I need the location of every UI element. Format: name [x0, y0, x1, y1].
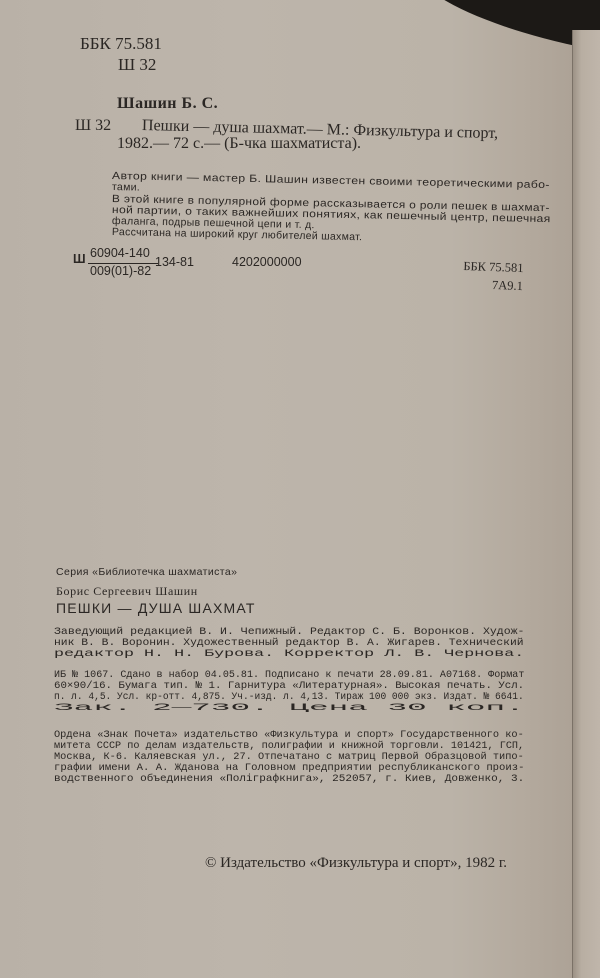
series-name: Серия «Библиотечка шахматиста» — [56, 566, 237, 578]
print-detail-line: Зак. 2—730. Цена 30 коп. — [54, 703, 525, 714]
catalog-code: Ш 32 — [75, 117, 111, 135]
bbk-right-line2: 7А9.1 — [462, 275, 523, 295]
annotation-line: Автор книги — мастер Б. Шашин известен с… — [112, 170, 550, 191]
author-mark: Ш 32 — [80, 54, 162, 75]
book-title: ПЕШКИ — ДУША ШАХМАТ — [56, 600, 256, 616]
fraction-letter: Ш — [73, 252, 86, 266]
fraction-code: 134-81 — [155, 255, 194, 269]
catalog-author: Шашин Б. С. — [117, 95, 218, 113]
bbk-index-right: ББК 75.581 7А9.1 — [462, 257, 523, 295]
annotation-line: тами. — [112, 181, 140, 194]
book-page: ББК 75.581 Ш 32 Шашин Б. С. Ш 32 Пешки —… — [0, 0, 600, 978]
bbk-index-top: ББК 75.581 Ш 32 — [80, 33, 162, 75]
bbk-right-line1: ББК 75.581 — [463, 257, 524, 277]
bbk-code: ББК 75.581 — [80, 34, 162, 53]
annotation-line: Рассчитана на широкий круг любителей шах… — [112, 226, 362, 243]
author-full-name: Борис Сергеевич Шашин — [56, 584, 198, 599]
fraction-denominator: 009(01)-82 — [90, 264, 151, 278]
isbn-code: 4202000000 — [232, 255, 302, 269]
fraction-numerator: 60904-140 — [90, 246, 150, 260]
staff-line: редактор Н. Н. Бурова. Корректор Л. В. Ч… — [54, 649, 524, 660]
catalog-details-line: 1982.— 72 с.— (Б-чка шахматиста). — [117, 135, 361, 153]
publisher-line: водственного объединения «Поліграфкнига»… — [54, 774, 524, 785]
copyright-notice: © Издательство «Физкультура и спорт», 19… — [205, 855, 507, 872]
